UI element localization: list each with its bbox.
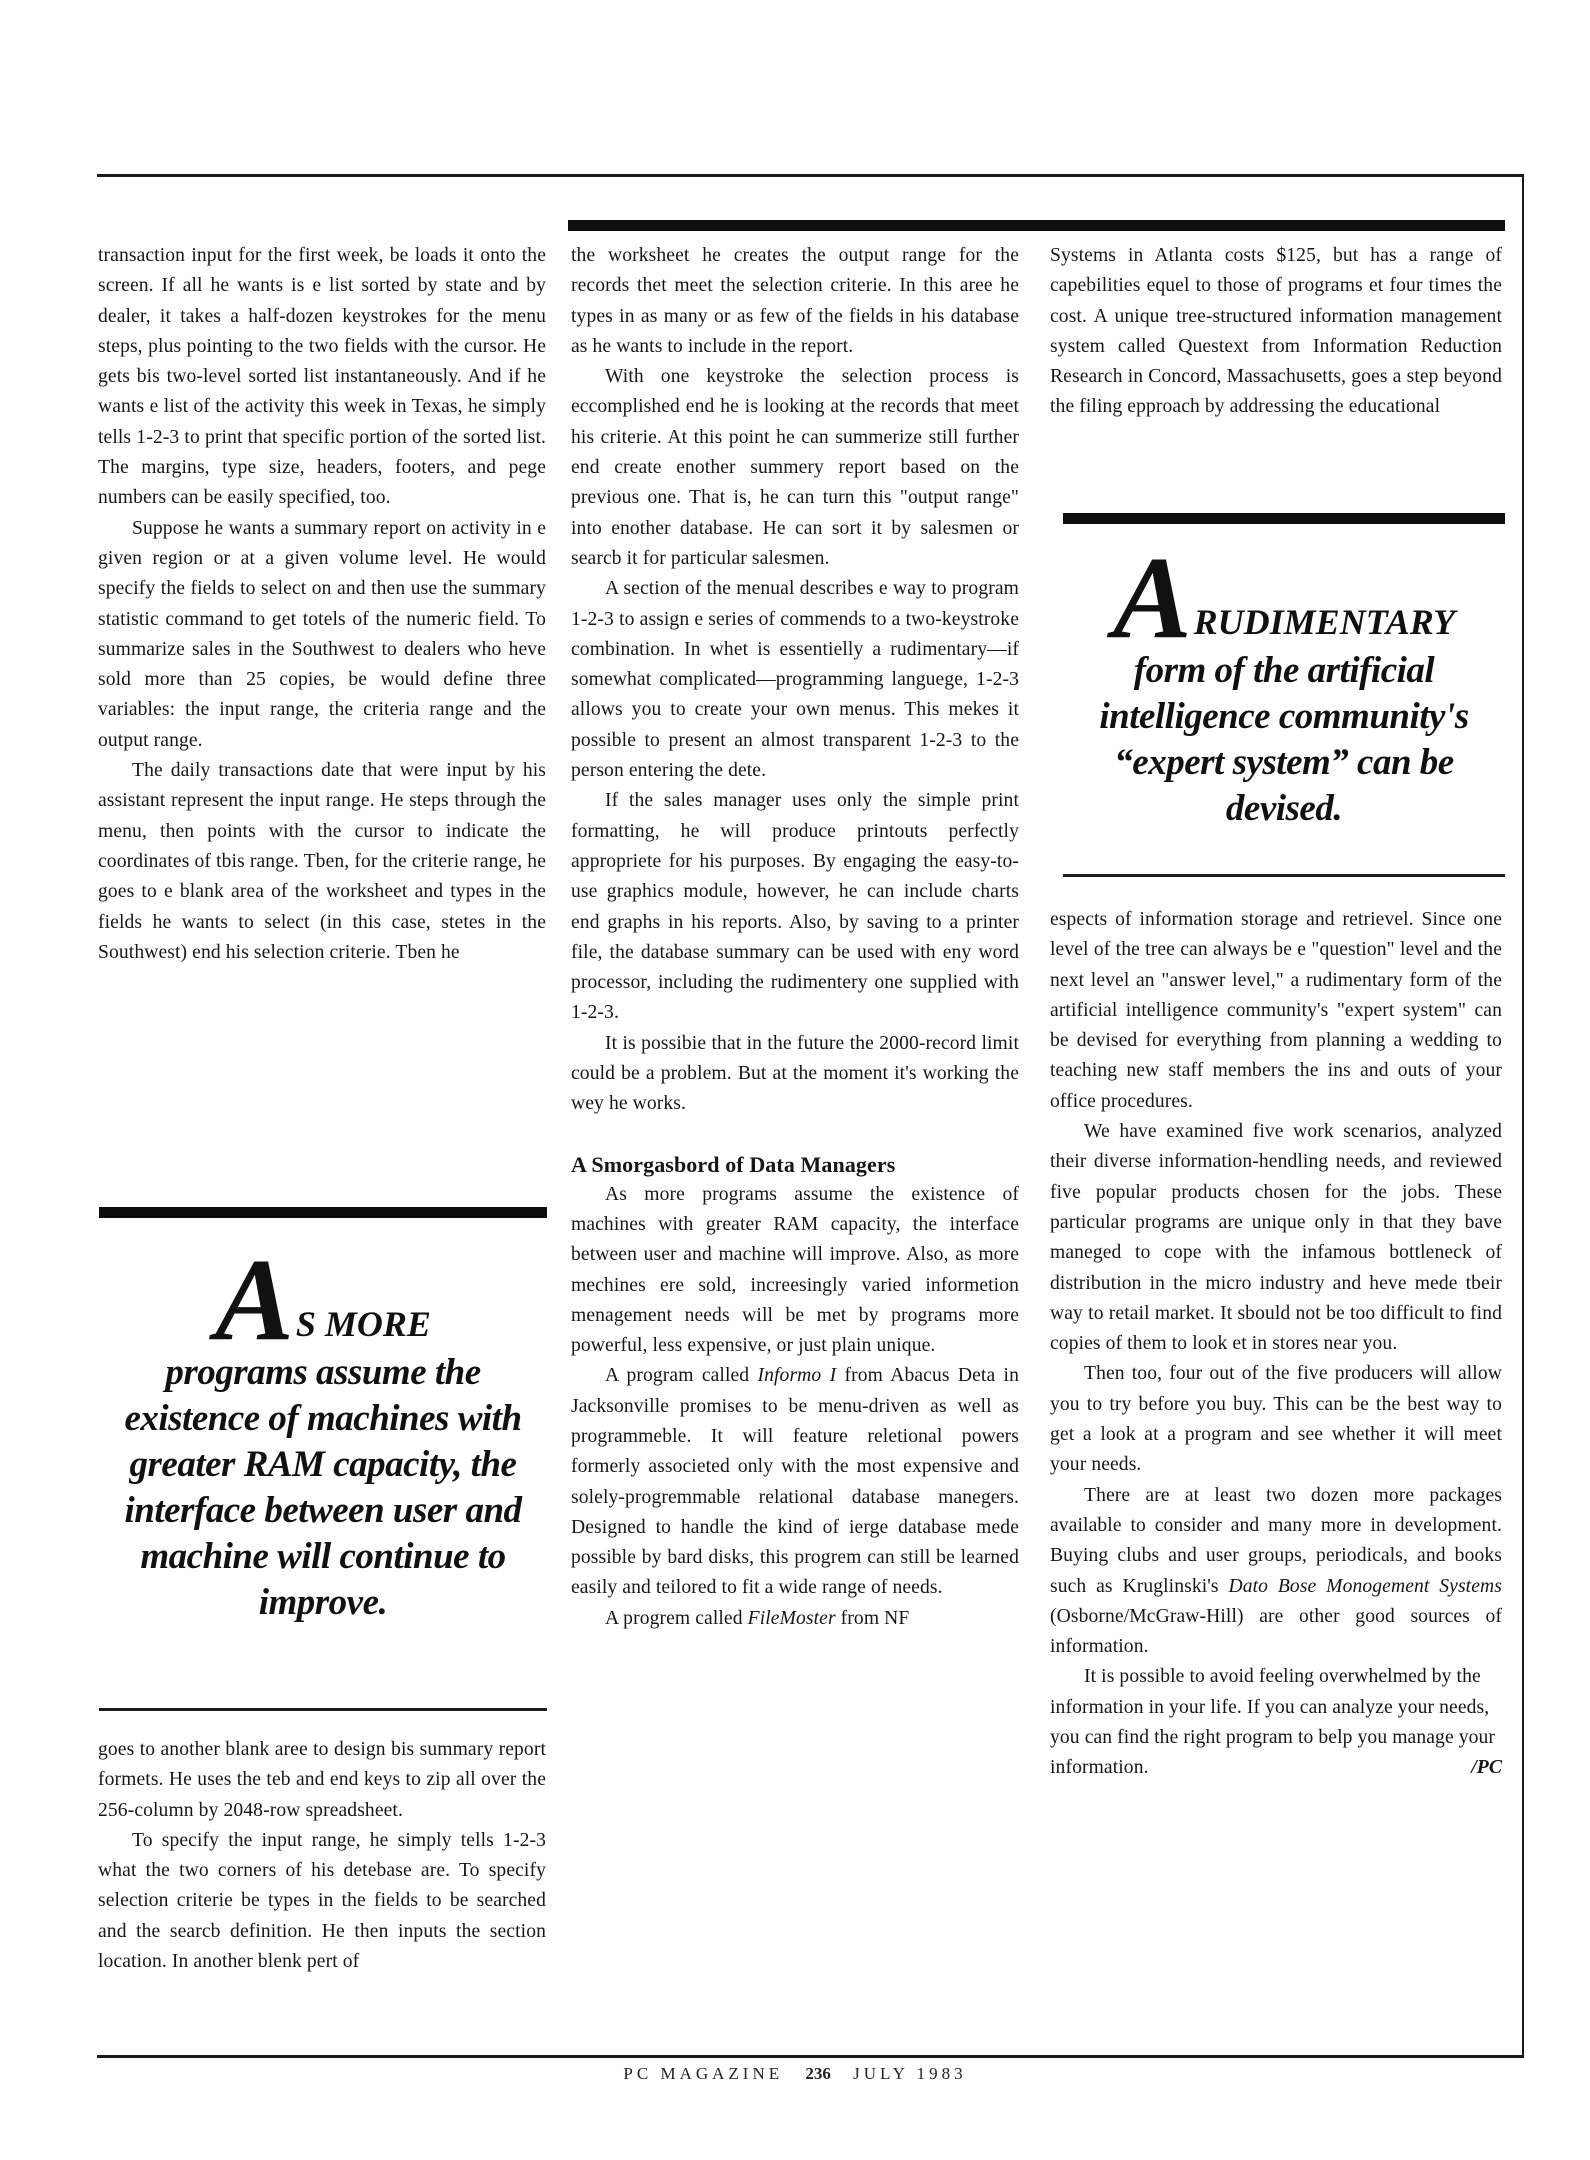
paragraph: transaction input for the first week, be… [98, 241, 546, 514]
column-1-top-text: transaction input for the first week, be… [98, 241, 546, 968]
paragraph: goes to another blank aree to design bis… [98, 1735, 546, 1826]
paragraph: Then too, four out of the five producers… [1050, 1359, 1502, 1480]
bottom-frame-rule [97, 2055, 1524, 2058]
footer-magazine: PC MAGAZINE [623, 2064, 783, 2083]
header-thick-bar [568, 220, 1505, 231]
pullquote-2-lead: RUDIMENTARY [1194, 602, 1455, 642]
text-run: (Osborne/McGraw-Hill) are other good sou… [1050, 1606, 1502, 1657]
footer-issue-date: JULY 1983 [853, 2064, 966, 2083]
right-frame-rule [1522, 174, 1524, 2058]
paragraph: A section of the menual describes e way … [571, 574, 1019, 786]
pullquote-2-bottom-rule [1063, 874, 1505, 877]
paragraph: the worksheet he creates the output rang… [571, 241, 1019, 362]
pullquote-1-lead: S MORE [296, 1304, 431, 1344]
pullquote-2-lead-line: A RUDIMENTARY [1062, 548, 1506, 648]
column-1-bottom-text: goes to another blank aree to design bis… [98, 1735, 546, 1977]
pullquote-2-body: form of the artificial intelligence comm… [1062, 648, 1506, 832]
product-name-italic: FileMoster [748, 1608, 836, 1629]
section-heading: A Smorgasbord of Data Managers [571, 1150, 1019, 1180]
paragraph: espects of information storage and retri… [1050, 905, 1502, 1117]
signoff-mark: /PC [1437, 1753, 1502, 1783]
pullquote-2-dropcap: A [1113, 548, 1192, 648]
pullquote-2-top-bar [1063, 513, 1505, 524]
pullquote-1: A S MORE programs assume the existence o… [99, 1250, 547, 1626]
pullquote-1-top-bar [99, 1207, 547, 1218]
paragraph-filemaster: A progrem called FileMoster from NF [571, 1604, 1019, 1634]
paragraph-closing: It is possible to avoid feeling overwhel… [1050, 1662, 1502, 1783]
paragraph: We have examined five work scenarios, an… [1050, 1117, 1502, 1359]
paragraph: If the sales manager uses only the simpl… [571, 786, 1019, 1028]
paragraph-books: There are at least two dozen more packag… [1050, 1481, 1502, 1663]
column-3-bottom-text: espects of information storage and retri… [1050, 905, 1502, 1784]
paragraph-informo: A program called Informo I from Abacus D… [571, 1361, 1019, 1603]
pullquote-1-bottom-rule [99, 1708, 547, 1711]
paragraph: With one keystroke the selection process… [571, 362, 1019, 574]
text-run: A program called [605, 1365, 757, 1386]
pullquote-1-lead-line: A S MORE [99, 1250, 547, 1350]
paragraph: Systems in Atlanta costs $125, but has a… [1050, 241, 1502, 423]
product-name-italic: Informo I [757, 1365, 836, 1386]
text-run: from Abacus Deta in Jacksonville promise… [571, 1365, 1019, 1598]
top-frame-rule [97, 174, 1524, 177]
pullquote-2: A RUDIMENTARY form of the artificial int… [1062, 548, 1506, 832]
column-2-text: the worksheet he creates the output rang… [571, 241, 1019, 1634]
footer-page-number: 236 [805, 2064, 831, 2083]
pullquote-1-body: programs assume the existence of machine… [99, 1350, 547, 1626]
paragraph: It is possibie that in the future the 20… [571, 1029, 1019, 1120]
column-3-top-text: Systems in Atlanta costs $125, but has a… [1050, 241, 1502, 423]
pullquote-1-dropcap: A [215, 1250, 294, 1350]
text-run: A progrem called [605, 1608, 748, 1629]
text-run: It is possible to avoid feeling overwhel… [1050, 1666, 1495, 1778]
paragraph: As more programs assume the existence of… [571, 1180, 1019, 1362]
text-run: from NF [836, 1608, 910, 1629]
paragraph: The daily transactions date that were in… [98, 756, 546, 968]
book-title-italic: Dato Bose Monogement Systems [1228, 1576, 1502, 1597]
paragraph: To specify the input range, he simply te… [98, 1826, 546, 1977]
page-footer: PC MAGAZINE 236 JULY 1983 [0, 2064, 1590, 2084]
paragraph: Suppose he wants a summary report on act… [98, 514, 546, 756]
